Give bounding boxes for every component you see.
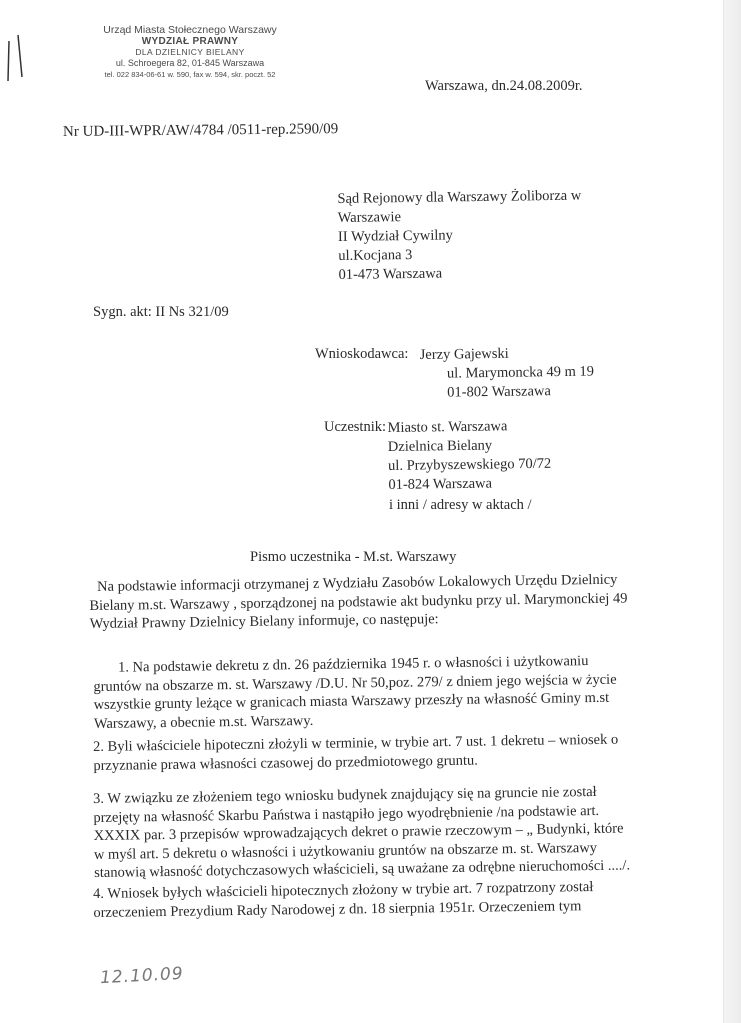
recipient-line: 01-473 Warszawa	[338, 263, 582, 285]
stamp-district: DLA DZIELNICY BIELANY	[92, 47, 288, 58]
stamp-address: ul. Schroegera 82, 01-845 Warszawa	[92, 58, 288, 69]
applicant-name: Jerzy Gajewski	[420, 344, 594, 365]
point-2-paragraph: 2. Byli właściciele hipoteczni złożyli w…	[93, 729, 733, 775]
participant-street: ul. Przybyszewskiego 70/72	[388, 455, 551, 476]
participant-others: i inni / adresy w aktach /	[389, 497, 532, 514]
participant-address: Miasto st. Warszawa Dzielnica Bielany ul…	[387, 417, 551, 495]
document-title: Pismo uczestnika - M.st. Warszawy	[250, 549, 456, 566]
point-1-paragraph: 1. Na podstawie dekretu z dn. 26 paździe…	[93, 650, 734, 733]
handwritten-date-note: 12.10.09	[100, 964, 185, 988]
participant-name: Miasto st. Warszawa	[387, 417, 550, 438]
intro-paragraph: Na podstawie informacji otrzymanej z Wyd…	[93, 569, 734, 633]
case-signature: Sygn. akt: II Ns 321/09	[93, 304, 229, 321]
stamp-contact: tel. 022 834-06-61 w. 590, fax w. 594, s…	[92, 69, 288, 80]
recipient-line: Sąd Rejonowy dla Warszawy Żoliborza w	[337, 187, 581, 209]
participant-city: 01-824 Warszawa	[388, 474, 551, 495]
applicant-city: 01-802 Warszawa	[420, 382, 594, 403]
point-3-paragraph: 3. W związku ze złożeniem tego wniosku b…	[93, 781, 734, 882]
applicant-address: Jerzy Gajewski ul. Marymoncka 49 m 19 01…	[420, 344, 595, 403]
recipient-address: Sąd Rejonowy dla Warszawy Żoliborza w Wa…	[337, 187, 582, 285]
participant-district: Dzielnica Bielany	[388, 436, 551, 457]
participant-label: Uczestnik:	[324, 419, 386, 436]
letter-date: Warszawa, dn.24.08.2009r.	[425, 78, 583, 95]
applicant-label: Wnioskodawca:	[315, 346, 408, 363]
stamp-office-name: Urząd Miasta Stołecznego Warszawy	[92, 25, 288, 36]
point-4-paragraph: 4. Wniosek byłych właścicieli hipoteczny…	[93, 876, 733, 922]
stamp-department: WYDZIAŁ PRAWNY	[92, 36, 288, 47]
applicant-street: ul. Marymoncka 49 m 19	[420, 363, 594, 384]
reference-number: Nr UD-III-WPR/AW/4784 /0511-rep.2590/09	[63, 121, 338, 141]
office-stamp: Urząd Miasta Stołecznego Warszawy WYDZIA…	[92, 25, 288, 80]
margin-pen-mark-icon	[6, 33, 26, 83]
